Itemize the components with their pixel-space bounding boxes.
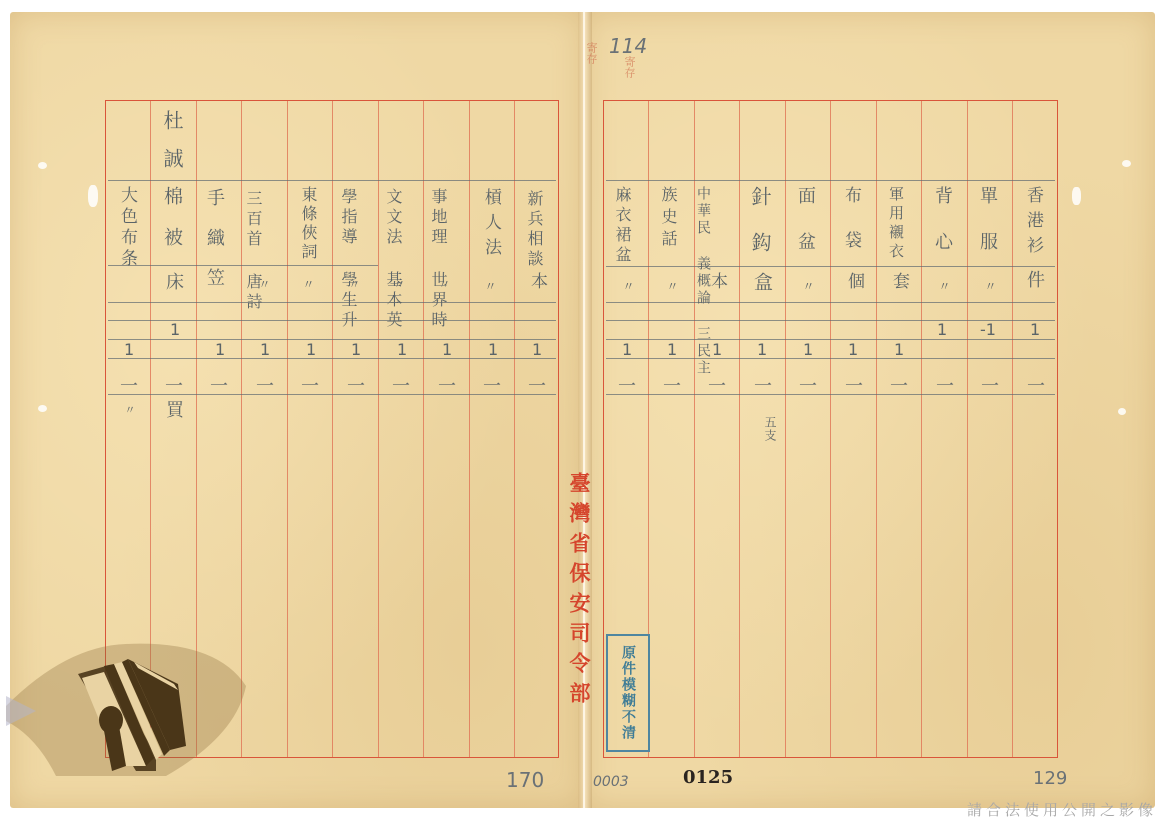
qty-mark: 1 xyxy=(848,340,858,359)
punch-hole xyxy=(1072,187,1081,205)
dash-mark: 一 xyxy=(165,372,183,398)
item-name: 新兵相談 xyxy=(526,190,542,270)
item-name: 背心 xyxy=(933,186,951,278)
dash-mark: 一 xyxy=(799,372,817,398)
column-divider xyxy=(514,101,515,757)
unit: 〃 xyxy=(302,278,314,290)
unit: 本 xyxy=(708,272,725,289)
item-name: 麻衣裙盆 xyxy=(614,186,630,266)
dash-mark: 一 xyxy=(754,372,772,398)
dash-mark: 一 xyxy=(981,372,999,398)
dash-mark: 一 xyxy=(210,372,228,398)
row-line xyxy=(108,265,378,266)
qty-mark: 1 xyxy=(894,340,904,359)
qty-mark: 1 xyxy=(667,340,677,359)
unit: 本 xyxy=(528,272,545,289)
unit: 〃 xyxy=(348,278,360,290)
column-divider xyxy=(1012,101,1013,757)
qty-mark: 1 xyxy=(170,320,180,339)
archive-logo-icon xyxy=(6,626,246,776)
unit: 套 xyxy=(890,272,907,289)
item-name: 三百首 唐詩 xyxy=(245,190,261,260)
column-divider xyxy=(469,101,470,757)
item-name: 香港衫 xyxy=(1024,186,1041,261)
item-name: 族史話 xyxy=(660,186,676,252)
qty-mark: 1 xyxy=(397,340,407,359)
item-name: 布袋 xyxy=(842,186,859,276)
punch-hole xyxy=(38,162,47,169)
dash-mark: 一 xyxy=(256,372,274,398)
unit: 〃 xyxy=(393,278,405,290)
item-name: 事地理 世界時 xyxy=(430,188,446,258)
dash-mark: 一 xyxy=(438,372,456,398)
item-name: 手織笠 xyxy=(205,188,223,308)
dash-mark: 一 xyxy=(120,372,138,398)
column-divider xyxy=(921,101,922,757)
item-name: 棉被 xyxy=(162,186,181,268)
item-name: 單服 xyxy=(978,186,996,278)
punch-hole xyxy=(1122,160,1131,167)
qty-mark: 1 xyxy=(937,320,947,339)
dash-mark: 一 xyxy=(1027,372,1045,398)
archive-number-pencil: 0003 xyxy=(593,774,629,790)
red-mark-top-left: 寄存 xyxy=(583,42,599,64)
column-divider xyxy=(423,101,424,757)
dash-mark: 一 xyxy=(845,372,863,398)
punch-hole xyxy=(88,185,98,207)
qty-mark: 1 xyxy=(215,340,225,359)
dash-mark: 一 xyxy=(528,372,546,398)
dash-mark: 一 xyxy=(936,372,954,398)
column-divider xyxy=(378,101,379,757)
usage-watermark: 請合法使用公開之影像 xyxy=(967,799,1157,820)
qty-mark: 1 xyxy=(442,340,452,359)
unit: 〃 xyxy=(484,280,496,292)
qty-mark: 1 xyxy=(803,340,813,359)
qty-mark: 1 xyxy=(351,340,361,359)
unit: 個 xyxy=(845,272,862,289)
qty-mark: 1 xyxy=(622,340,632,359)
dash-mark: 一 xyxy=(890,372,908,398)
qty-mark: -1 xyxy=(980,320,996,339)
column-divider xyxy=(785,101,786,757)
unit: 〃 xyxy=(666,280,678,292)
left-page-number: 170 xyxy=(506,768,544,792)
item-name: 槓人法 xyxy=(482,188,499,263)
column-divider xyxy=(332,101,333,757)
stamped-page-number: 0125 xyxy=(683,767,733,788)
dash-mark: 一 xyxy=(347,372,365,398)
qty-mark: 1 xyxy=(712,340,722,359)
item-name: 大色布条 xyxy=(118,186,135,270)
qty-mark: 1 xyxy=(488,340,498,359)
right-page-number: 129 xyxy=(1033,768,1067,789)
item-name: 學指導 學生升 xyxy=(340,188,356,258)
unit: 〃 xyxy=(622,280,634,292)
unit: 〃 xyxy=(802,280,814,292)
punch-hole xyxy=(38,405,47,412)
dash-mark: 一 xyxy=(301,372,319,398)
illegible-original-stamp: 原件模糊不清 xyxy=(606,634,650,752)
item-name: 中華民 義概論 三民主 xyxy=(696,186,710,264)
item-name: 軍用襯衣 xyxy=(888,186,903,262)
qty-mark: 1 xyxy=(1030,320,1040,339)
qty-mark: 1 xyxy=(124,340,134,359)
unit: 件 xyxy=(1025,270,1043,288)
agency-title: 臺灣省保安司令部 xyxy=(568,472,594,712)
unit: 〃 xyxy=(984,280,996,292)
row-line xyxy=(606,180,1055,181)
item-name: 東條俠詞 xyxy=(300,186,316,262)
qty-mark: 1 xyxy=(757,340,767,359)
row-line xyxy=(606,302,1055,303)
unit: 〃 xyxy=(438,278,450,290)
dash-mark: 一 xyxy=(708,372,726,398)
row-line xyxy=(108,302,556,303)
unit: 〃 xyxy=(258,278,270,290)
qty-mark: 1 xyxy=(260,340,270,359)
unit: 床 xyxy=(164,272,182,290)
owner-name: 杜誠 xyxy=(162,110,182,186)
note: 買 xyxy=(164,400,182,418)
dash-mark: 一 xyxy=(483,372,501,398)
item-name: 面盆 xyxy=(796,186,814,278)
item-name: 文文法 基本英 xyxy=(385,188,401,258)
unit: 盒 xyxy=(752,272,771,291)
note: 〃 xyxy=(124,404,135,415)
item-name: 針鈎 xyxy=(750,186,770,278)
punch-hole xyxy=(1118,408,1126,415)
qty-mark: 1 xyxy=(306,340,316,359)
dash-mark: 一 xyxy=(663,372,681,398)
note: 五支 xyxy=(764,416,776,442)
dash-mark: 一 xyxy=(618,372,636,398)
red-mark-top-right: 寄存 xyxy=(621,56,637,78)
column-divider xyxy=(876,101,877,757)
top-page-number: 114 xyxy=(609,34,647,58)
column-divider xyxy=(967,101,968,757)
qty-mark: 1 xyxy=(532,340,542,359)
column-divider xyxy=(739,101,740,757)
unit: 〃 xyxy=(938,280,950,292)
column-divider xyxy=(287,101,288,757)
dash-mark: 一 xyxy=(392,372,410,398)
column-divider xyxy=(830,101,831,757)
